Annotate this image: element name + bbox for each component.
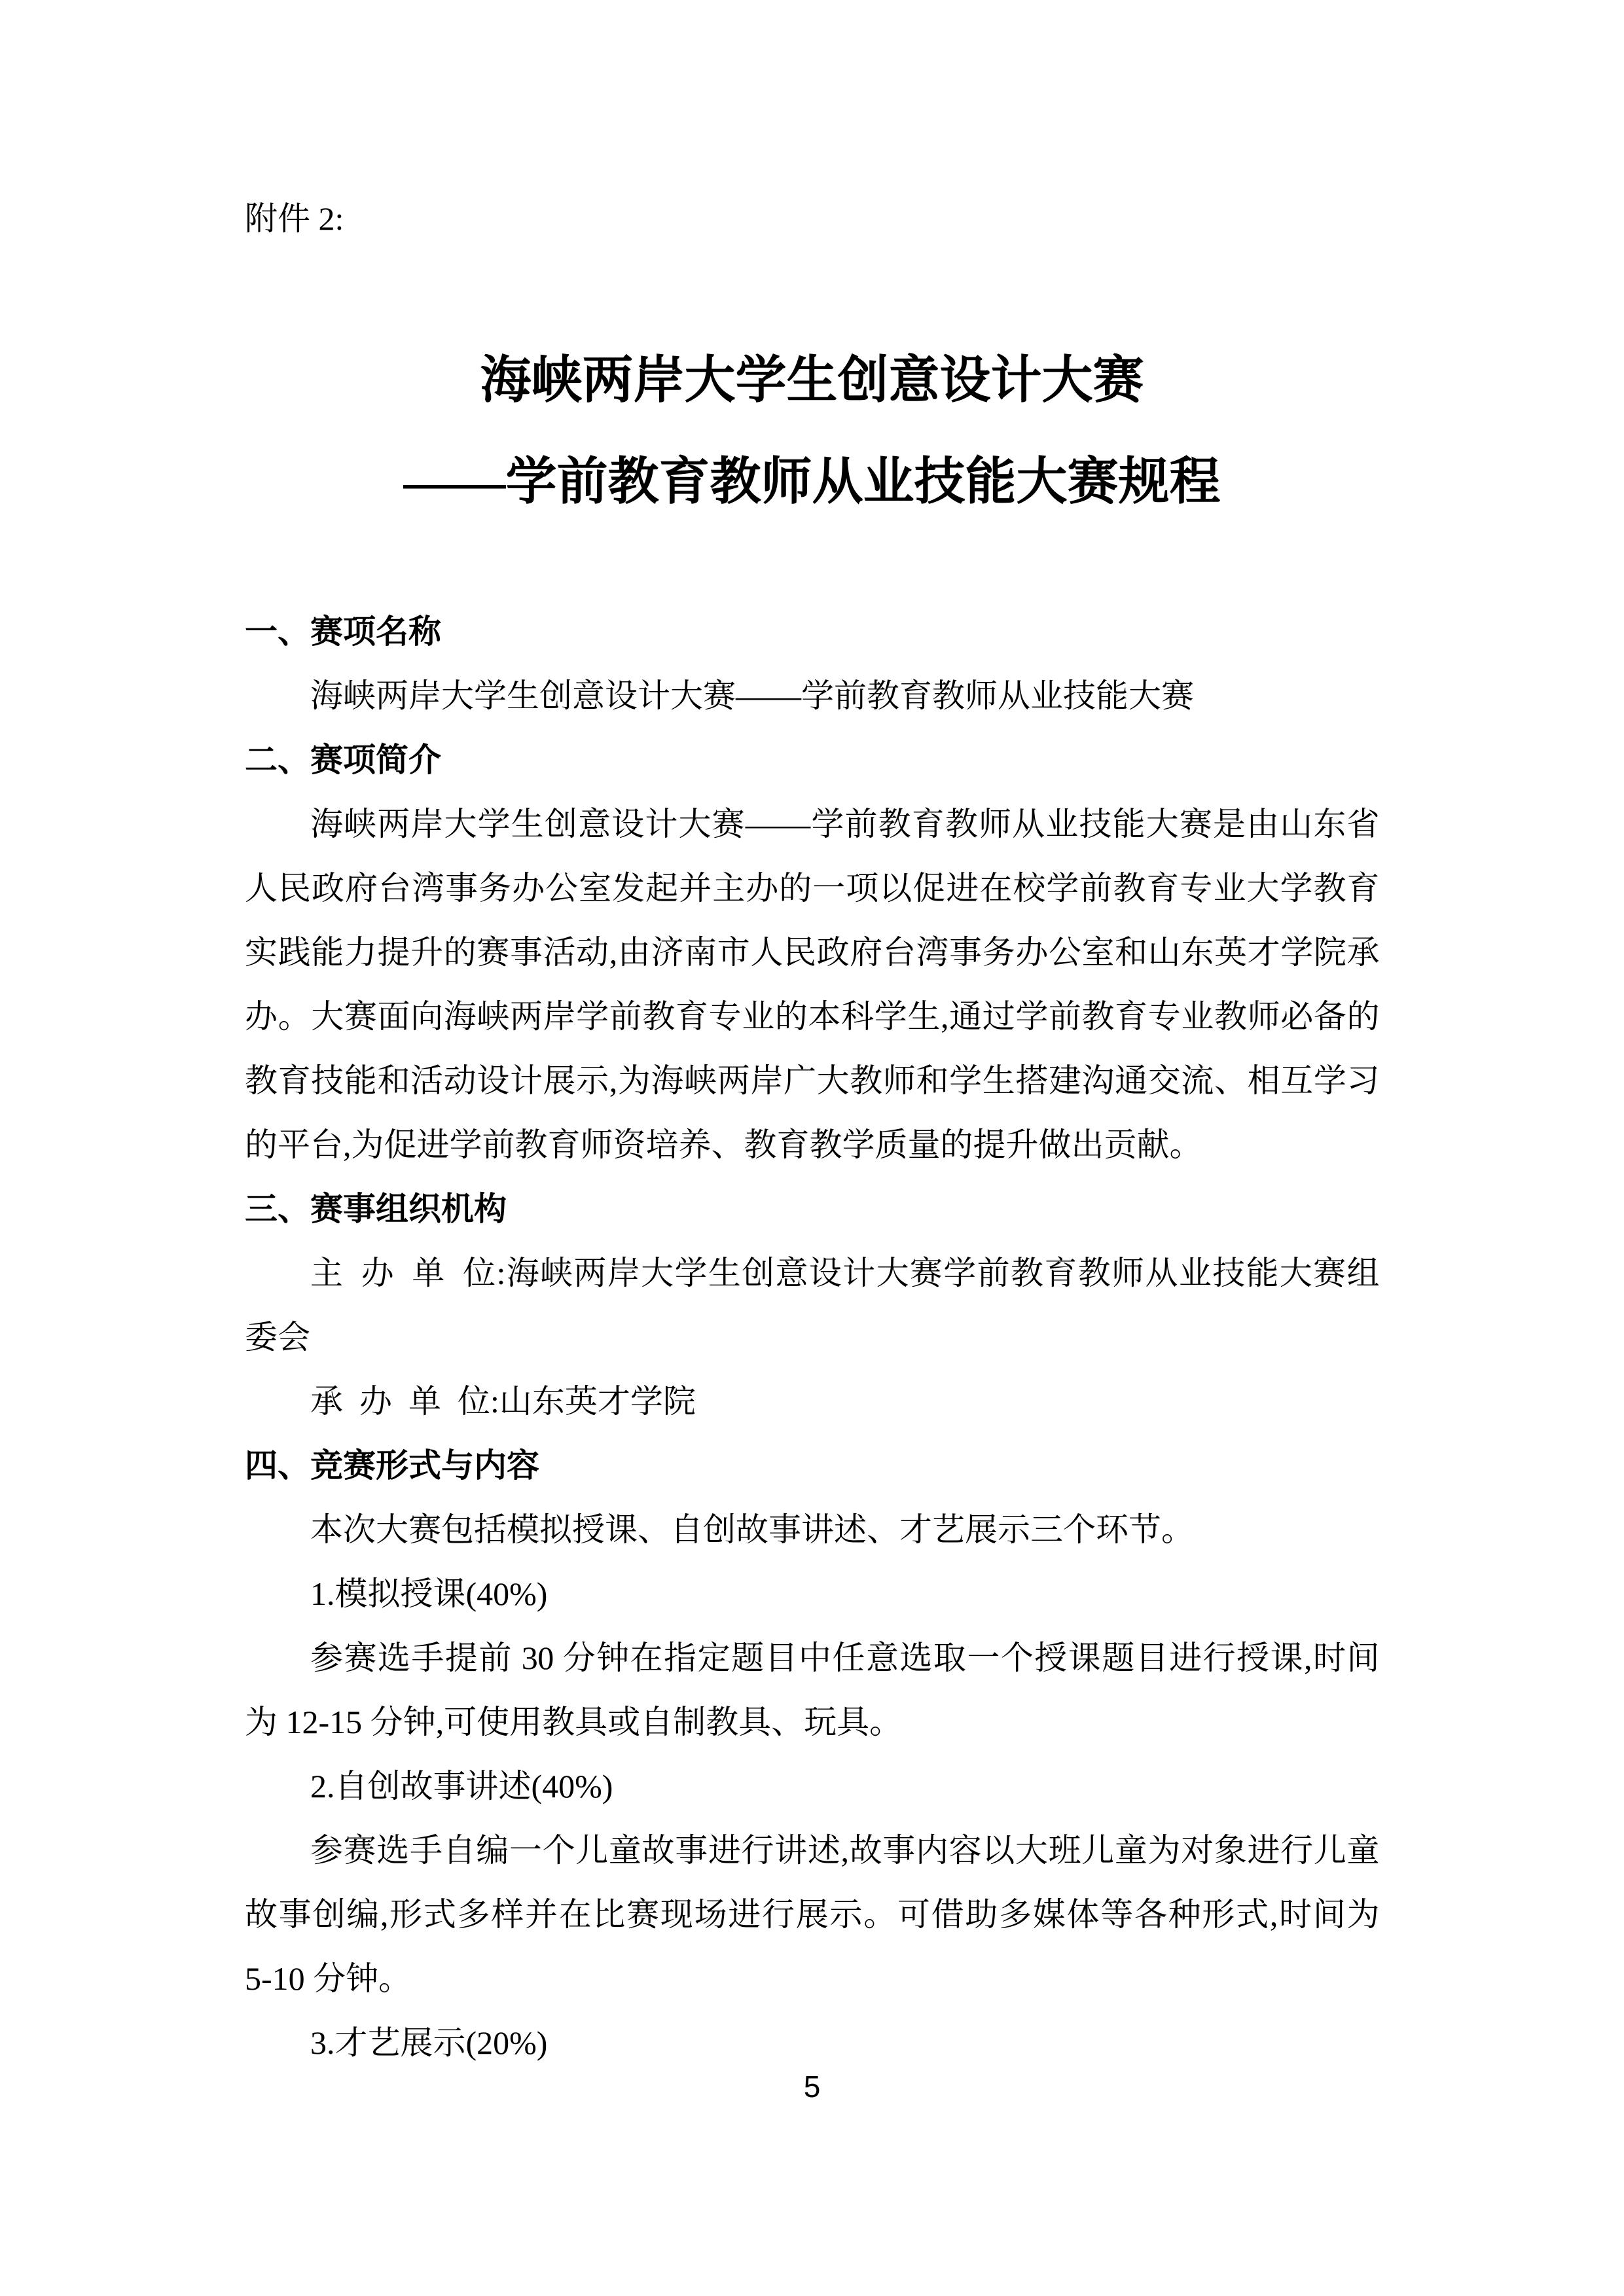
section-heading-2: 二、赛项简介 [245, 728, 1379, 792]
text-line: 参赛选手提前 30 分钟在指定题目中任意选取一个授课题目进行授课,时间 [245, 1626, 1379, 1690]
text-line: 本次大赛包括模拟授课、自创故事讲述、才艺展示三个环节。 [245, 1498, 1379, 1562]
document-sections: 一、赛项名称 海峡两岸大学生创意设计大赛——学前教育教师从业技能大赛 二、赛项简… [245, 600, 1379, 2075]
section-heading-3: 三、赛事组织机构 [245, 1177, 1379, 1241]
document-title: 海峡两岸大学生创意设计大赛 ——学前教育教师从业技能大赛规程 [245, 329, 1379, 532]
text-line: 3.才艺展示(20%) [245, 2011, 1379, 2075]
text-line: 海峡两岸大学生创意设计大赛——学前教育教师从业技能大赛 [245, 664, 1379, 728]
text-line: 教育技能和活动设计展示,为海峡两岸广大教师和学生搭建沟通交流、相互学习 [245, 1049, 1379, 1113]
text-line: 海峡两岸大学生创意设计大赛——学前教育教师从业技能大赛是由山东省 [245, 792, 1379, 856]
text-line: 的平台,为促进学前教育师资培养、教育教学质量的提升做出贡献。 [245, 1113, 1379, 1177]
section-heading-4: 四、竞赛形式与内容 [245, 1433, 1379, 1498]
text-line: 实践能力提升的赛事活动,由济南市人民政府台湾事务办公室和山东英才学院承 [245, 920, 1379, 984]
text-line: 故事创编,形式多样并在比赛现场进行展示。可借助多媒体等各种形式,时间为 [245, 1882, 1379, 1946]
text-line: 承 办 单 位:山东英才学院 [245, 1369, 1379, 1433]
text-line: 委会 [245, 1305, 1379, 1369]
text-line: 参赛选手自编一个儿童故事进行讲述,故事内容以大班儿童为对象进行儿童 [245, 1818, 1379, 1882]
text-line: 主 办 单 位:海峡两岸大学生创意设计大赛学前教育教师从业技能大赛组 [245, 1241, 1379, 1305]
title-line-2: ——学前教育教师从业技能大赛规程 [245, 431, 1379, 532]
text-line: 2.自创故事讲述(40%) [245, 1754, 1379, 1818]
text-line: 1.模拟授课(40%) [245, 1562, 1379, 1626]
text-line: 人民政府台湾事务办公室发起并主办的一项以促进在校学前教育专业大学教育 [245, 856, 1379, 920]
document-content: 附件 2: 海峡两岸大学生创意设计大赛 ——学前教育教师从业技能大赛规程 一、赛… [245, 187, 1379, 2075]
page-number: 5 [0, 2067, 1624, 2106]
attachment-label: 附件 2: [245, 187, 1379, 251]
section-heading-1: 一、赛项名称 [245, 600, 1379, 664]
title-line-1: 海峡两岸大学生创意设计大赛 [245, 329, 1379, 431]
text-line: 为 12-15 分钟,可使用教具或自制教具、玩具。 [245, 1690, 1379, 1754]
text-line: 办。大赛面向海峡两岸学前教育专业的本科学生,通过学前教育专业教师必备的 [245, 984, 1379, 1049]
text-line: 5-10 分钟。 [245, 1946, 1379, 2011]
document-page: 附件 2: 海峡两岸大学生创意设计大赛 ——学前教育教师从业技能大赛规程 一、赛… [0, 0, 1624, 2296]
